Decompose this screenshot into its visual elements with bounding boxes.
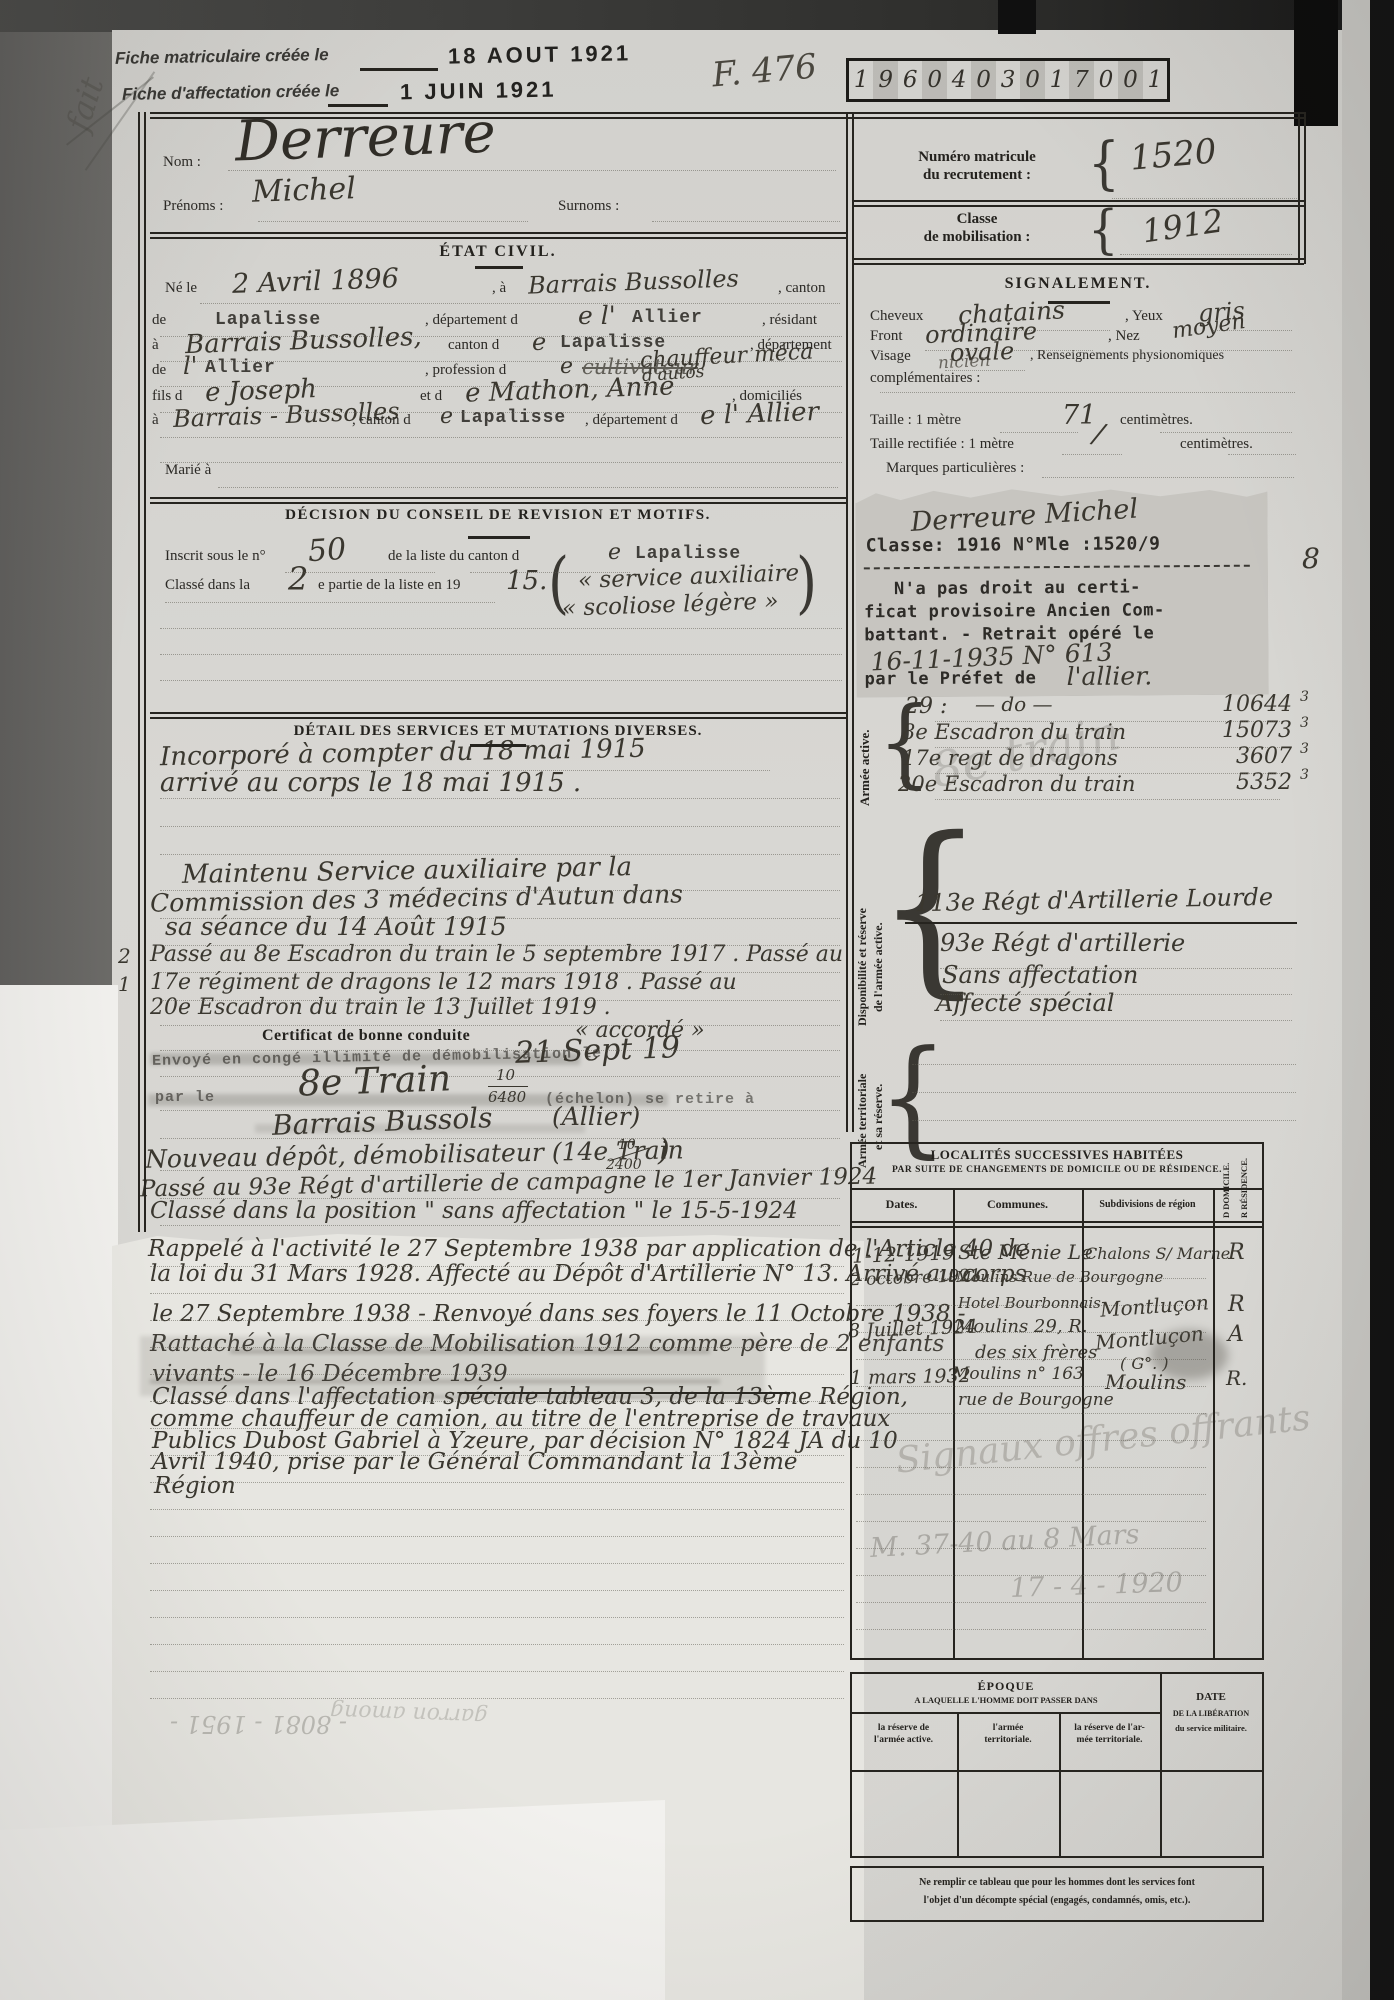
residence-place: Barrais Bussolles, <box>185 324 422 358</box>
field-label: de la liste du canton d <box>388 549 519 564</box>
table-footnote: l'objet d'un décompte spécial (engagés, … <box>850 1896 1264 1906</box>
stamp-smudge <box>150 1380 720 1383</box>
form-border-line <box>150 497 846 499</box>
scan-top-black-notch <box>998 0 1036 34</box>
form-border-line <box>852 200 1304 202</box>
unit-number: 3607 <box>1180 746 1292 768</box>
field-label: centimètres. <box>1180 437 1253 452</box>
field-label: , résidant <box>762 313 817 328</box>
hand-value: e <box>440 406 453 428</box>
stamp-date-aout-1921: 18 AOUT 1921 <box>448 42 632 67</box>
ruled-line <box>856 1359 1206 1360</box>
hand-value: e <box>608 542 621 564</box>
ruled-line <box>160 854 840 855</box>
scan-right-black-band <box>1370 0 1394 2000</box>
prenoms-value: Michel <box>252 174 357 208</box>
ghost-scrawl: 17 - 4 - 1920 <box>1010 1569 1184 1602</box>
ruled-line <box>150 1590 844 1591</box>
form-border-line <box>150 717 846 719</box>
ruled-line <box>160 1225 840 1226</box>
field-label: Inscrit sous le n° <box>165 549 266 564</box>
form-border-line <box>957 1712 959 1856</box>
matricule-digit: 0 <box>922 61 946 99</box>
form-border-line <box>328 104 388 107</box>
ruled-line <box>150 1455 844 1456</box>
ruled-line <box>160 1198 840 1199</box>
form-border-line <box>850 1712 1162 1714</box>
ruled-line <box>160 1170 840 1171</box>
dashed-rule <box>864 565 1250 570</box>
service-line: 17e régiment de dragons le 12 mars 1918 … <box>150 972 737 994</box>
regiment-line: 113e Régt d'Artillerie Lourde <box>915 885 1273 915</box>
matricule-label: du recrutement : <box>862 168 1092 183</box>
unit-number: 5352 <box>1180 772 1292 794</box>
ruled-line <box>1212 330 1292 331</box>
form-border-line <box>1082 1188 1084 1658</box>
paren: ) <box>658 1136 670 1166</box>
unit-number-sup: 3 <box>1300 742 1309 756</box>
ruled-line <box>150 1509 844 1510</box>
field-label: centimètres. <box>1120 413 1193 428</box>
slip-name: Derreure Michel <box>910 496 1139 536</box>
ruled-line <box>856 1467 1206 1468</box>
ruled-line <box>160 1138 840 1139</box>
ruled-line <box>150 1563 844 1564</box>
canton-stamp: Lapalisse <box>635 545 741 563</box>
matricule-label: Numéro matricule <box>862 150 1092 165</box>
ruled-line <box>940 1020 1292 1021</box>
ruled-line <box>856 1413 1206 1414</box>
ruled-line <box>856 1332 1206 1333</box>
matricule-digit: 1 <box>1045 61 1069 99</box>
late-note-line: Région <box>154 1475 236 1498</box>
ruled-line <box>200 303 840 304</box>
ruled-line <box>935 721 1280 722</box>
unit-number-sup: 3 <box>1300 716 1309 730</box>
field-label: Classé dans la <box>165 578 250 593</box>
ruled-line <box>150 1266 844 1267</box>
field-label: , Renseignements physionomiques <box>1030 349 1224 363</box>
loc-commune: Moulins n° 163 <box>952 1366 1084 1383</box>
form-border-line <box>846 112 848 1132</box>
stamp-smudge <box>255 1124 585 1133</box>
form-border-line <box>850 1866 852 1922</box>
stamp-smudge <box>230 1350 710 1353</box>
field-label: , à <box>492 281 506 296</box>
slip-text-line: N'a pas droit au certi- <box>894 579 1141 598</box>
form-border-line <box>360 68 438 71</box>
ruled-line <box>150 1617 844 1618</box>
unit-number: 15073 <box>1180 720 1292 742</box>
ruled-line <box>165 602 495 603</box>
form-border-line <box>852 205 1304 207</box>
ruled-line <box>150 1536 844 1537</box>
prenoms-label: Prénoms : <box>163 199 223 214</box>
slip-classe-line: Classe: 1916 N°Mle :1520/9 <box>866 535 1161 555</box>
field-label: , Nez <box>1108 329 1140 344</box>
ruled-line <box>912 1064 1296 1065</box>
form-border-line <box>850 1221 1264 1223</box>
unit-number-sup: 3 <box>1300 768 1309 782</box>
form-border-line <box>150 117 1304 119</box>
form-border-line <box>1059 1712 1061 1856</box>
ruled-line <box>160 437 842 438</box>
service-line: Classé dans la position " sans affectati… <box>150 1200 798 1223</box>
field-label: canton d <box>448 338 499 353</box>
ruled-line <box>150 1428 844 1429</box>
form-border-line <box>852 258 1304 260</box>
form-border-line <box>1298 112 1300 264</box>
scanned-military-record: Fiche matriculaire créée le 18 AOUT 1921… <box>0 0 1394 2000</box>
unit-line: 29 : <box>905 696 947 718</box>
departement-value: e l' Allier <box>700 399 820 429</box>
ruled-line <box>160 412 842 413</box>
epoque-col3: mée territoriale. <box>1059 1736 1160 1746</box>
ruled-line <box>1120 254 1292 255</box>
matricule-digit: 6 <box>898 61 922 99</box>
signalement-title: SIGNALEMENT. <box>878 276 1278 292</box>
bonne-conduite-label: Certificat de bonne conduite <box>262 1028 470 1044</box>
form-border-line <box>475 266 523 269</box>
matricule-value: 1520 <box>1129 134 1218 175</box>
ruled-line <box>470 572 630 573</box>
taille-value: 71 <box>1062 402 1096 429</box>
form-border-line <box>468 536 530 539</box>
liberation-col: du service militaire. <box>1160 1724 1262 1733</box>
armee-active-label: Armée active. <box>858 729 871 806</box>
ruled-line <box>150 1644 844 1645</box>
ruled-line <box>856 1575 1206 1576</box>
form-border-line <box>850 1188 1264 1190</box>
ruled-line <box>1000 432 1078 433</box>
loc-date: 1-12-1919 <box>852 1242 955 1266</box>
matricule-digit: 1 <box>849 61 873 99</box>
ruled-line <box>160 945 840 946</box>
epoque-col2: territoriale. <box>957 1736 1059 1746</box>
matricule-digit: 3 <box>996 61 1020 99</box>
matricule-digit: 9 <box>873 61 897 99</box>
liberation-col: DATE <box>1160 1692 1262 1703</box>
form-border-line <box>1160 1672 1162 1856</box>
ruled-line <box>652 221 840 222</box>
ruled-line <box>940 968 1292 969</box>
loc-commune2: Hotel Bourbonnais <box>958 1296 1101 1311</box>
ruled-line <box>150 1482 844 1483</box>
brace: { <box>1088 204 1119 257</box>
matricule-digit: 0 <box>1094 61 1118 99</box>
field-label: , département d <box>585 413 678 428</box>
service-line: Passé au 8e Escadron du train le 5 septe… <box>150 944 843 966</box>
field-label: , canton <box>778 281 825 296</box>
ruled-line <box>856 1278 1206 1279</box>
birth-date: 2 Avril 1896 <box>232 265 400 298</box>
form-border-line <box>1048 301 1110 304</box>
field-label: , département d <box>425 313 518 328</box>
matricule-digit: 7 <box>1069 61 1093 99</box>
hand-value: l' <box>183 354 197 378</box>
field-label: complémentaires : <box>870 371 980 386</box>
ruled-line <box>880 392 1295 393</box>
ruled-line <box>150 1320 844 1321</box>
matricule-digit: 0 <box>1020 61 1044 99</box>
field-label: fils d <box>152 389 182 404</box>
matricule-digit-boxes: 1960403017001 <box>846 58 1170 102</box>
ink-blot <box>1150 1330 1228 1380</box>
margin-number: 8 <box>1302 545 1320 573</box>
form-border-line <box>1262 1672 1264 1858</box>
form-border-line <box>852 112 854 1132</box>
form-border-line <box>850 1770 1264 1772</box>
scan-top-right-black-bar <box>1294 0 1338 126</box>
field-label: Visage <box>870 349 911 364</box>
ruled-line <box>160 1025 840 1026</box>
stamp-fiche-matriculaire: Fiche matriculaire créée le <box>115 46 329 67</box>
service-line: arrivé au corps le 18 mai 1915 . <box>160 770 581 796</box>
form-border-line <box>150 712 846 714</box>
epoque-subtitle: A LAQUELLE L'HOMME DOIT PASSER DANS <box>850 1696 1162 1705</box>
classe-label: de mobilisation : <box>862 230 1092 245</box>
form-border-line <box>850 1672 1264 1674</box>
epoque-col1: la réserve de <box>852 1724 955 1734</box>
hand-value: e <box>532 330 546 354</box>
unit-ditto: — do — <box>975 694 1053 714</box>
ruled-line <box>150 1698 844 1699</box>
form-border-line <box>1304 112 1306 264</box>
ruled-line <box>856 1386 1206 1387</box>
ruled-line <box>856 1548 1206 1549</box>
ruled-line <box>160 680 842 681</box>
ruled-line <box>210 770 770 771</box>
ruled-line <box>935 747 1280 748</box>
ruled-line <box>1042 477 1294 478</box>
inverted-pencil-note: garron among <box>330 1699 489 1727</box>
dispo-label: Disponibilité et réserve <box>856 908 868 1026</box>
margin-note-fait: fait <box>61 73 108 134</box>
loc-commune: Moulins 29, R. <box>955 1318 1088 1336</box>
ruled-line <box>856 1440 1206 1441</box>
form-border-line <box>852 263 1304 265</box>
form-border-line <box>953 1188 955 1658</box>
regiment-line: Sans affectation <box>942 963 1138 987</box>
ruled-line <box>160 628 842 629</box>
ruled-line <box>160 890 840 891</box>
matricule-digit: 0 <box>1118 61 1142 99</box>
ruled-line <box>912 1092 1296 1093</box>
stamp-date-juin-1921: 1 JUIN 1921 <box>400 79 557 104</box>
field-label: de <box>152 363 166 378</box>
ruled-line <box>1062 454 1122 455</box>
form-border-line <box>470 744 526 747</box>
ruled-line <box>1228 454 1296 455</box>
ruled-line <box>150 1293 844 1294</box>
localites-title: LOCALITÉS SUCCESSIVES HABITÉES <box>850 1148 1264 1161</box>
loc-commune2: rue de Bourgogne <box>958 1392 1114 1409</box>
nom-label: Nom : <box>163 155 201 170</box>
ruled-line <box>912 1120 1296 1121</box>
white-sheet-corner <box>0 1800 665 2000</box>
field-label: et d <box>420 389 442 404</box>
form-border-line <box>850 1866 1264 1868</box>
etat-civil-title: ÉTAT CIVIL. <box>150 244 846 260</box>
form-border-line <box>144 112 146 1232</box>
ruled-line <box>160 654 842 655</box>
field-label: de <box>152 313 166 328</box>
form-border-line <box>905 922 1297 924</box>
form-border-line <box>850 1658 1264 1660</box>
loc-dr: R <box>1228 1294 1245 1316</box>
stamp-smudge <box>150 1053 580 1065</box>
form-border-line <box>850 1142 1264 1144</box>
loc-dr: A <box>1228 1324 1244 1346</box>
stamp-smudge <box>140 1336 765 1396</box>
form-border-line <box>1262 1142 1264 1660</box>
ruled-line <box>285 572 435 573</box>
form-border-line <box>150 232 846 234</box>
field-label: Front <box>870 329 903 344</box>
form-border-line <box>1262 1866 1264 1922</box>
ruled-line <box>160 1050 840 1051</box>
col-header-subdivisions: Subdivisions de région <box>1082 1200 1213 1210</box>
form-border-line <box>150 502 846 504</box>
form-border-line <box>850 1672 852 1858</box>
late-note-line: le 27 Septembre 1938 - Renvoyé dans ses … <box>152 1303 966 1326</box>
surnoms-label: Surnoms : <box>558 199 619 214</box>
ruled-line <box>856 1521 1206 1522</box>
liste-numero: 50 <box>307 535 347 568</box>
matricule-digit: 0 <box>971 61 995 99</box>
ruled-line <box>258 221 528 222</box>
slip-text-line: ficat provisoire Ancien Com- <box>864 602 1165 621</box>
ancien-combattant-slip: Derreure Michel Classe: 1916 N°Mle :1520… <box>855 485 1268 698</box>
form-border-line <box>150 112 1304 114</box>
loc-dr: R. <box>1226 1368 1247 1388</box>
ruled-line <box>150 1401 844 1402</box>
col-header-communes: Communes. <box>953 1198 1082 1210</box>
birth-place: Barrais Bussolles <box>528 266 740 297</box>
form-border-line <box>850 1856 1264 1858</box>
ruled-line <box>160 798 840 799</box>
ruled-line <box>925 350 1093 351</box>
epoque-col3: la réserve de l'ar- <box>1059 1724 1160 1734</box>
loc-commune: Ste Ménie Le <box>958 1242 1093 1262</box>
margin-mark: 1 <box>118 974 131 994</box>
slip-prefet-dept: l'allier. <box>1067 663 1153 689</box>
liberation-col: DE LA LIBÉRATION <box>1160 1710 1262 1718</box>
field-label: , profession d <box>425 363 506 378</box>
brace-close: ) <box>796 549 817 617</box>
form-border-line <box>850 1920 1264 1922</box>
ruled-line <box>935 799 1280 800</box>
ruled-line <box>1200 350 1292 351</box>
ruled-line <box>160 972 840 973</box>
taille-label: Taille : 1 mètre <box>870 413 961 428</box>
stamp-smudge <box>320 1396 770 1399</box>
field-label: , Yeux <box>1125 309 1163 324</box>
epoque-col2: l'armée <box>957 1724 1059 1734</box>
ruled-line <box>1160 432 1292 433</box>
epoque-title: ÉPOQUE <box>850 1680 1162 1692</box>
margin-mark: 2 <box>118 946 131 966</box>
form-border-line <box>1213 1188 1215 1658</box>
regiment-line: 93e Régt d'artillerie <box>940 931 1185 955</box>
ruled-line <box>160 918 840 919</box>
form-border-line <box>138 112 140 1232</box>
localites-subtitle: PAR SUITE DE CHANGEMENTS DE DOMICILE OU … <box>850 1166 1264 1176</box>
ruled-line <box>935 773 1280 774</box>
ruled-line <box>160 1076 840 1077</box>
field-label: Né le <box>165 281 197 296</box>
ref-code: F. 476 <box>711 49 818 92</box>
ruled-line <box>228 170 836 171</box>
form-border-line <box>850 1226 1264 1228</box>
departement-stamp: Allier <box>632 309 703 327</box>
col-header-dates: Dates. <box>850 1198 953 1210</box>
partie-numero: 2 <box>288 563 308 595</box>
unit-number: 10644 <box>1180 694 1292 716</box>
stamp-fiche-affectation: Fiche d'affectation créée le <box>122 82 340 103</box>
marie-label: Marié à <box>165 463 211 478</box>
ruled-line <box>940 994 1292 995</box>
taille-rect-label: Taille rectifiée : 1 mètre <box>870 437 1014 452</box>
ruled-line <box>856 1629 1206 1630</box>
stamp-smudge <box>148 1094 668 1106</box>
matricule-digit: 4 <box>947 61 971 99</box>
nom-value: Derreure <box>234 105 496 170</box>
hand-value: e l' <box>578 303 616 328</box>
epoque-col1: l'armée active. <box>852 1736 955 1746</box>
fraction-top: 10 <box>618 1138 636 1152</box>
ruled-line <box>150 1671 844 1672</box>
unit-number-sup: 3 <box>1300 690 1309 704</box>
ruled-line <box>218 487 838 488</box>
ruled-line <box>160 826 840 827</box>
field-label: , canton d <box>352 413 411 428</box>
field-label: e partie de la liste en 19 <box>318 578 460 593</box>
field-label: à <box>152 413 159 428</box>
decision-title: DÉCISION DU CONSEIL DE REVISION ET MOTIF… <box>150 508 846 523</box>
ruled-line <box>160 462 842 463</box>
ruled-line <box>160 1110 840 1111</box>
ruled-line <box>160 386 842 387</box>
classe-label: Classe <box>862 212 1092 227</box>
scan-top-band <box>0 0 1394 32</box>
form-border-line <box>850 1142 852 1660</box>
col-header-domicile: D DOMICILE. <box>1222 1163 1231 1218</box>
fraction-bar <box>488 1086 528 1087</box>
inverted-pencil-note: - 8081 - 1951 - <box>170 1712 347 1736</box>
ruled-line <box>940 330 1110 331</box>
matricule-digit: 1 <box>1143 61 1167 99</box>
page-edge <box>1342 0 1372 2000</box>
ruled-line <box>856 1494 1206 1495</box>
loc-subdiv: Chalons S/ Marne <box>1085 1246 1230 1262</box>
marques-label: Marques particulières : <box>886 461 1024 476</box>
field-label: Cheveux <box>870 309 923 324</box>
table-footnote: Ne remplir ce tableau que pour les homme… <box>850 1878 1264 1888</box>
ruled-line <box>945 370 1025 371</box>
form-border-line <box>150 237 846 239</box>
ruled-line <box>856 1305 1206 1306</box>
field-label: à <box>152 338 159 353</box>
ruled-line <box>160 1000 840 1001</box>
ruled-line <box>160 336 842 337</box>
ruled-line <box>856 1602 1206 1603</box>
ruled-line <box>1112 198 1297 199</box>
loc-dr: R <box>1228 1242 1245 1264</box>
brace: { <box>1088 134 1120 192</box>
